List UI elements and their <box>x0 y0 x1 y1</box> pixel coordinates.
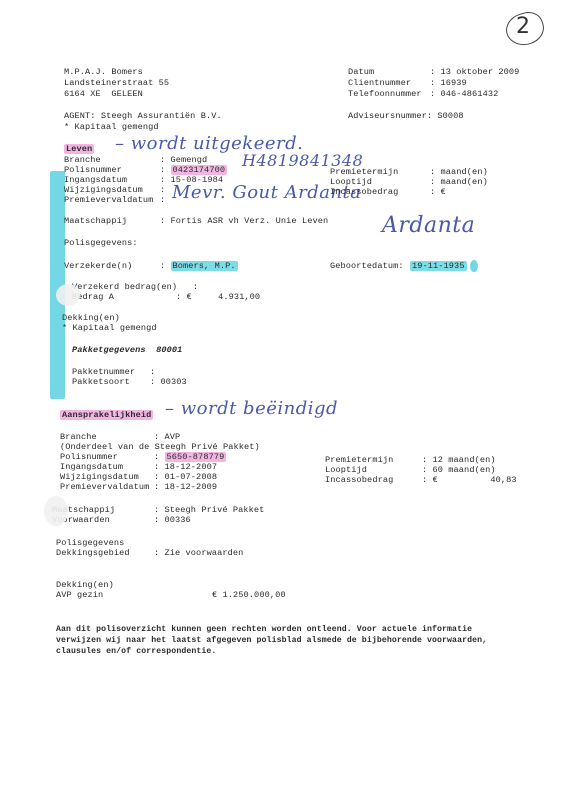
phone-label: Telefoonnummer <box>348 89 422 99</box>
client-name: M.P.A.J. Bomers <box>64 67 143 77</box>
field-label: Polisnummer <box>64 165 122 175</box>
field-label: Incassobedrag <box>330 187 398 197</box>
maatschappij-label: Maatschappij <box>64 216 127 226</box>
avp-polisnummer-value: : 5650-878779 <box>154 452 226 462</box>
field-value: : 12 maand(en) <box>422 455 496 465</box>
adviseur-line: Adviseursnummer: S0008 <box>348 111 464 121</box>
voorwaarden-value: : 00336 <box>154 515 191 525</box>
maatschappij-value: : Fortis ASR vh Verz. Unie Leven <box>160 216 328 226</box>
field-label: Premietermijn <box>330 167 398 177</box>
geboortedatum-label: Geboortedatum: <box>330 261 404 271</box>
paper-tear <box>56 284 80 306</box>
verzekerde-label: Verzekerde(n) <box>64 261 132 271</box>
product-line: * Kapitaal gemengd <box>64 122 159 132</box>
dekkingsgebied-label: Dekkingsgebied <box>56 548 130 558</box>
field-label: Polisnummer <box>60 452 118 462</box>
field-value: : 18-12-2009 <box>154 482 217 492</box>
agent-name: Steegh Assurantiën B.V. <box>101 111 222 121</box>
field-label: Premievervaldatum <box>60 482 149 492</box>
paper-tear <box>44 496 68 526</box>
field-label: Ingangsdatum <box>60 462 123 472</box>
field-label: Looptijd <box>325 465 367 475</box>
pakketsoort-label: Pakketsoort <box>72 377 130 387</box>
verzekerd-bedrag-label: Verzekerd bedrag(en) : <box>72 282 198 292</box>
field-value: : 18-12-2007 <box>154 462 217 472</box>
dekking-amount: € 1.250.000,00 <box>212 590 286 600</box>
field-value: : 60 maand(en) <box>422 465 496 475</box>
dekking-value: * Kapitaal gemengd <box>62 323 157 333</box>
page-number-mark: 2 <box>516 14 530 39</box>
geboortedatum-value: 19-11-1935 <box>410 261 467 271</box>
agent-line: AGENT: Steegh Assurantiën B.V. <box>64 111 222 121</box>
field-value: : Gemengd <box>160 155 207 165</box>
pakketsoort-value: : 00303 <box>150 377 187 387</box>
clientnr-value: : 16939 <box>430 78 467 88</box>
dekking-label: Dekking(en) <box>62 313 120 323</box>
verzekerde-value: : Bomers, M.P. <box>160 261 238 271</box>
disclaimer-line: Aan dit polisoverzicht kunnen geen recht… <box>56 625 472 635</box>
branche-value: : AVP <box>154 432 180 442</box>
disclaimer-line: clausules en/of correspondentie. <box>56 647 216 657</box>
field-label: Branche <box>64 155 101 165</box>
field-label: Premietermijn <box>325 455 393 465</box>
dekking-label: Dekking(en) <box>56 580 114 590</box>
pakketgegevens-line: Pakketgegevens 80001 <box>72 345 182 355</box>
disclaimer-line: verwijzen wij naar het laatst afgegeven … <box>56 636 487 646</box>
highlight-mark <box>470 260 478 272</box>
agent-label: AGENT: <box>64 111 96 121</box>
field-label: Wijzigingsdatum <box>64 185 143 195</box>
clientnr-label: Clientnummer <box>348 78 411 88</box>
date-value: : 13 oktober 2009 <box>430 67 519 77</box>
pakketnummer-label: Pakketnummer <box>72 367 135 377</box>
field-value: : maand(en) <box>430 167 488 177</box>
field-value: : € <box>430 187 446 197</box>
pakketnummer-value: : <box>150 367 161 377</box>
date-label: Datum <box>348 67 374 77</box>
field-label: Ingangsdatum <box>64 175 127 185</box>
field-value: : 01-07-2008 <box>154 472 217 482</box>
dekking-item: AVP gezin <box>56 590 103 600</box>
field-label: Looptijd <box>330 177 372 187</box>
onderdeel-note: (Onderdeel van de Steegh Privé Pakket) <box>60 442 260 452</box>
client-street: Landsteinerstraat 55 <box>64 78 169 88</box>
dekkingsgebied-value: : Zie voorwaarden <box>154 548 243 558</box>
field-label: Wijzigingsdatum <box>60 472 139 482</box>
field-label: Incassobedrag <box>325 475 393 485</box>
field-value: : maand(en) <box>430 177 488 187</box>
handwritten-annotation-avp: – wordt beëindigd <box>165 398 338 419</box>
phone-value: : 046-4861432 <box>430 89 498 99</box>
section-title-aansprakelijkheid: Aansprakelijkheid <box>60 410 153 420</box>
field-value: : <box>160 195 171 205</box>
client-city: 6164 XE GELEEN <box>64 89 143 99</box>
polisgegevens-heading: Polisgegevens <box>56 538 124 548</box>
section-title-leven: Leven <box>64 144 94 154</box>
polisnummer-value: : 0423174700 <box>160 165 227 175</box>
polisgegevens-heading: Polisgegevens: <box>64 238 138 248</box>
branche-label: Branche <box>60 432 97 442</box>
field-label: Premievervaldatum <box>64 195 153 205</box>
field-value: : € 40,83 <box>422 475 517 485</box>
field-value: : <box>160 185 171 195</box>
maatschappij-value: : Steegh Privé Pakket <box>154 505 264 515</box>
handwritten-company: Ardanta <box>382 213 475 238</box>
bedrag-a-value: : € 4.931,00 <box>176 292 260 302</box>
